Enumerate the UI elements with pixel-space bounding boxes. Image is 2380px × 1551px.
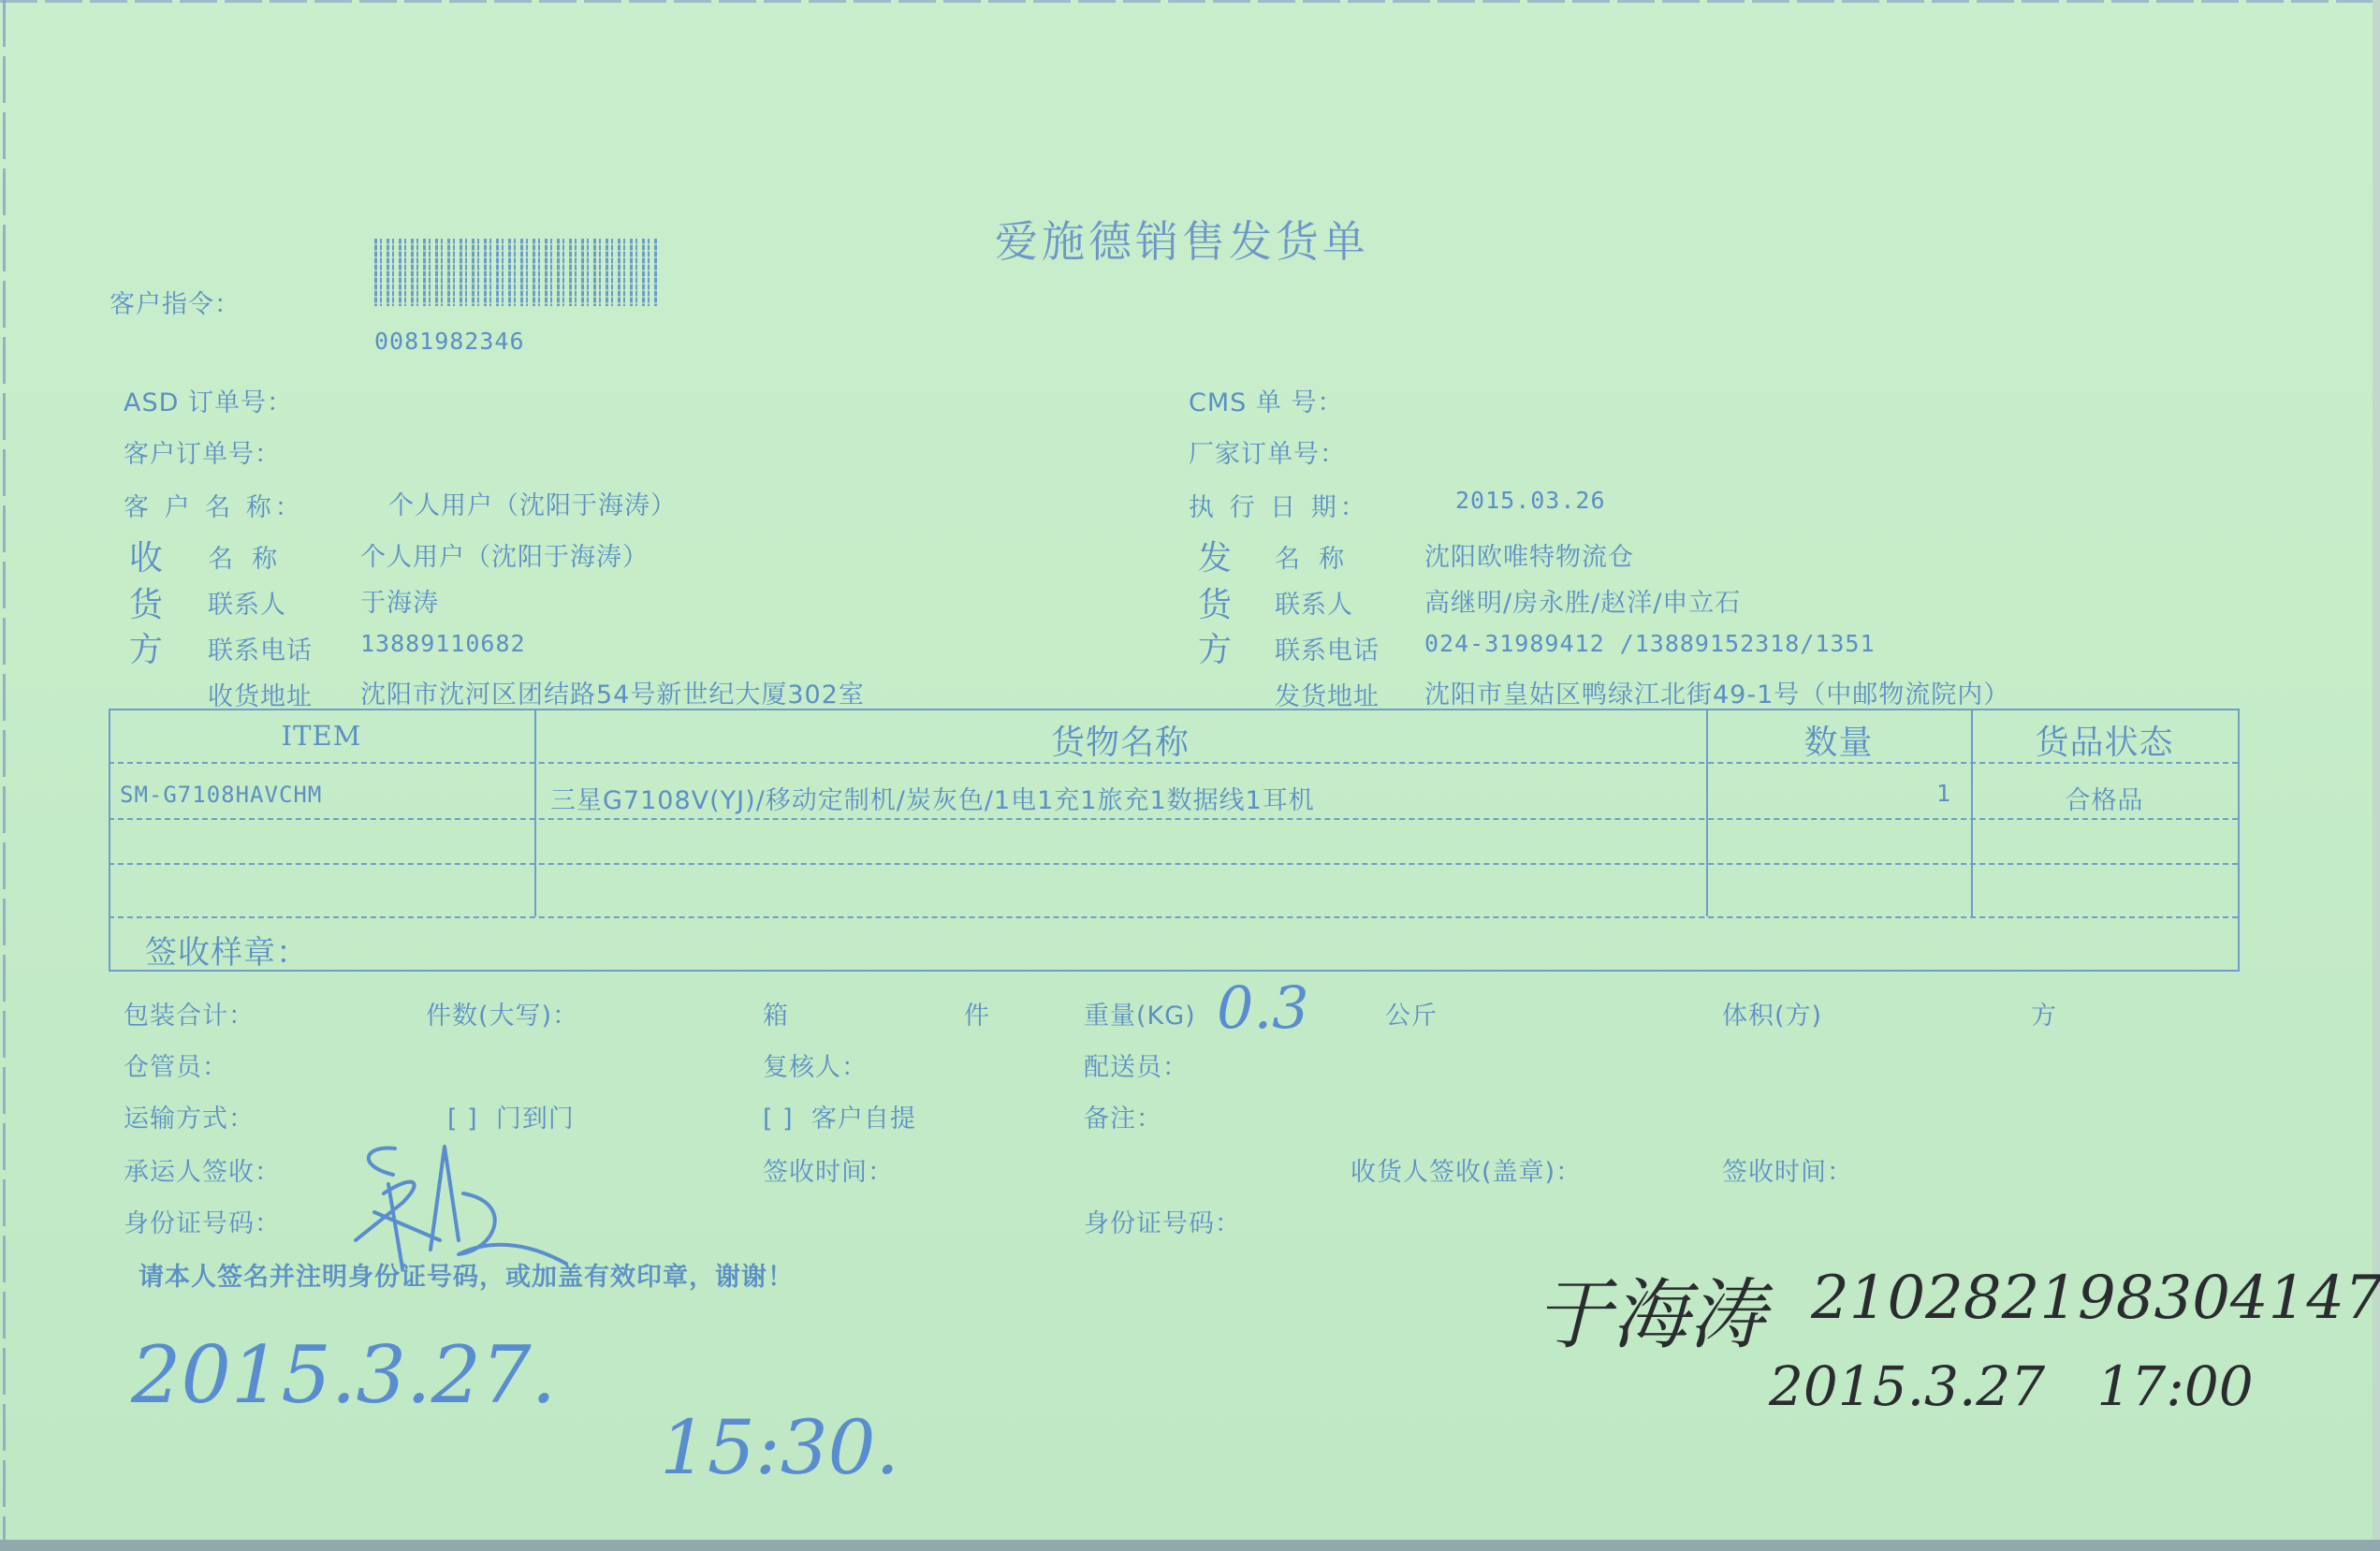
consignee-datetime-handwritten: 2015.3.27 17:00 xyxy=(1769,1354,2254,1418)
shipper-contact-value: 高继明/房永胜/赵洋/申立石 xyxy=(1424,582,1741,619)
receiver-name-label: 名 称 xyxy=(208,538,278,575)
customer-name-value: 个人用户（沈阳于海涛） xyxy=(388,485,677,521)
shipper-contact-label: 联系人 xyxy=(1275,584,1353,621)
transport-self-pickup-checkbox[interactable]: [ ] 客户自提 xyxy=(763,1098,916,1134)
paper-bottom-edge xyxy=(0,1540,2380,1551)
carrier-handwritten-time: 15:30. xyxy=(660,1404,899,1491)
volume-label: 体积(方) xyxy=(1722,995,1822,1032)
customer-name-label: 客 户 名 称： xyxy=(124,487,304,523)
receiver-side-char-2: 货 xyxy=(129,578,164,626)
kg-unit: 公斤 xyxy=(1385,995,1438,1032)
carrier-sign-label: 承运人签收： xyxy=(124,1151,281,1188)
consignee-signature: 于海涛 xyxy=(1535,1254,1765,1364)
receiver-contact-value: 于海涛 xyxy=(360,582,439,619)
consignee-id-handwritten: 210282198304147319 xyxy=(1811,1264,2380,1333)
receiver-address-label: 收货地址 xyxy=(208,676,313,712)
receiver-side-char-3: 方 xyxy=(129,623,164,671)
cms-order-label: CMS 单 号： xyxy=(1189,382,1343,418)
weight-value-handwritten: 0.3 xyxy=(1217,973,1309,1042)
stamp-label: 签收样章： xyxy=(145,927,309,973)
sign-time-label: 签收时间： xyxy=(763,1151,894,1188)
table-header-status: 货品状态 xyxy=(1971,716,2238,764)
delivery-note-paper: 爱施德销售发货单 客户指令： 0081982346 ASD 订单号： 客户订单号… xyxy=(0,0,2380,1551)
table-header-item: ITEM xyxy=(109,720,534,752)
transport-label: 运输方式： xyxy=(124,1098,255,1134)
customer-order-label: 客户订单号： xyxy=(124,433,281,470)
carrier-handwritten-date: 2015.3.27. xyxy=(131,1329,556,1421)
exec-date-label: 执 行 日 期： xyxy=(1189,487,1369,523)
cell-status: 合格品 xyxy=(1971,780,2238,816)
shipper-side-char-2: 货 xyxy=(1198,578,1233,626)
consignee-id-label: 身份证号码： xyxy=(1084,1203,1241,1239)
piece-label: 件 xyxy=(964,995,990,1032)
table-header-goods-name: 货物名称 xyxy=(534,716,1706,764)
table-header-quantity: 数量 xyxy=(1706,716,1971,764)
table-row-divider xyxy=(109,863,2238,865)
volume-unit: 方 xyxy=(2031,995,2057,1032)
receiver-name-value: 个人用户（沈阳于海涛） xyxy=(360,536,649,573)
asd-order-label: ASD 订单号： xyxy=(124,382,293,418)
shipper-address-value: 沈阳市皇姑区鸭绿江北街49-1号（中邮物流院内） xyxy=(1424,674,2009,710)
perforation-top xyxy=(0,0,2380,3)
carrier-signature xyxy=(337,1137,580,1278)
remarks-label: 备注： xyxy=(1084,1098,1162,1134)
reviewer-label: 复核人： xyxy=(763,1046,868,1083)
table-row-divider xyxy=(109,818,2238,820)
cell-item: SM-G7108HAVCHM xyxy=(120,782,322,808)
barcode-number: 0081982346 xyxy=(374,328,525,355)
perforation-left xyxy=(3,0,6,1551)
warehouse-keeper-label: 仓管员： xyxy=(124,1046,228,1083)
receiver-phone-value: 13889110682 xyxy=(360,630,526,657)
customer-instruction-label: 客户指令： xyxy=(110,284,241,320)
receiver-phone-label: 联系电话 xyxy=(208,630,313,666)
shipper-side-char-3: 方 xyxy=(1198,623,1233,671)
weight-label: 重量(KG) xyxy=(1084,995,1196,1032)
consignee-sign-label: 收货人签收(盖章)： xyxy=(1351,1151,1582,1188)
receiver-contact-label: 联系人 xyxy=(208,584,286,621)
transport-door-to-door-checkbox[interactable]: [ ] 门到门 xyxy=(447,1098,575,1134)
carrier-id-label: 身份证号码： xyxy=(124,1203,281,1239)
exec-date-value: 2015.03.26 xyxy=(1455,487,1606,514)
cell-quantity: 1 xyxy=(1706,780,1951,807)
shipper-name-label: 名 称 xyxy=(1275,538,1345,575)
cell-goods-name: 三星G7108V(YJ)/移动定制机/炭灰色/1电1充1旅充1数据线1耳机 xyxy=(550,780,1315,816)
factory-order-label: 厂家订单号： xyxy=(1189,433,1346,470)
receiver-address-value: 沈阳市沈河区团结路54号新世纪大厦302室 xyxy=(360,674,865,710)
barcode xyxy=(374,239,660,306)
box-label: 箱 xyxy=(763,995,789,1032)
deliverer-label: 配送员： xyxy=(1084,1046,1189,1083)
table-row-divider xyxy=(109,916,2238,918)
shipper-address-label: 发货地址 xyxy=(1275,676,1380,712)
shipper-name-value: 沈阳欧唯特物流仓 xyxy=(1424,536,1634,573)
pieces-label: 件数(大写)： xyxy=(426,995,578,1032)
receiver-side-char-1: 收 xyxy=(129,532,164,579)
shipper-phone-value: 024-31989412 /13889152318/1351 xyxy=(1424,630,1876,657)
shipper-side-char-1: 发 xyxy=(1198,532,1233,579)
consignee-sign-time-label: 签收时间： xyxy=(1722,1151,1853,1188)
package-total-label: 包装合计： xyxy=(124,995,255,1032)
document-title: 爱施德销售发货单 xyxy=(995,208,1369,270)
shipper-phone-label: 联系电话 xyxy=(1275,630,1380,666)
